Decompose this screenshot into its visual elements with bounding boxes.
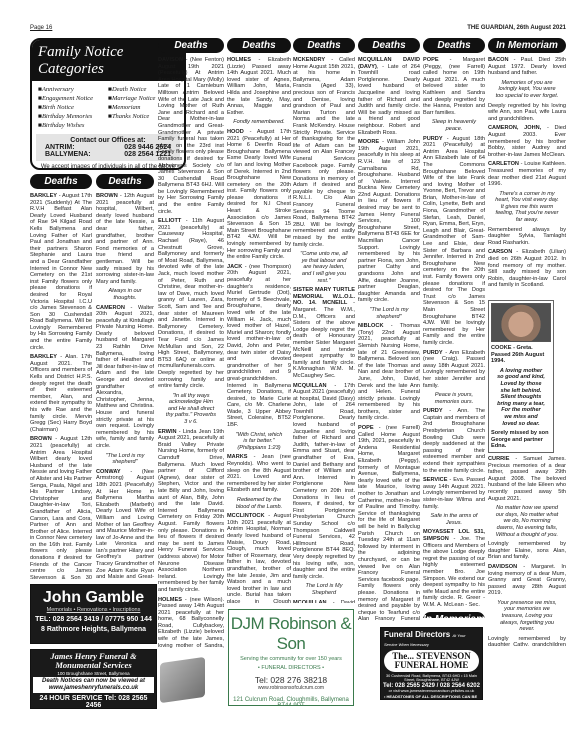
category-item: Engagement Notice <box>38 94 108 103</box>
notice: NIBLOCK - Thomas (Tony) 22nd August 2021… <box>358 323 420 422</box>
notice: MOYASSET LOL 531, SIMPSON - Joe. The Off… <box>423 529 485 608</box>
notice-verse: "The Lord is my shepherd" <box>102 453 148 466</box>
james-henry-advert: James Henry Funeral & Monumental Service… <box>30 649 157 709</box>
advert-address: 30 Cushendall Road, Ballymena, BT43 6HD … <box>381 674 482 682</box>
notice: ERWIN - Linda Jean 19th August 2021, pea… <box>158 429 224 594</box>
notice: BROWN - 12th August 2021 peacefully at h… <box>96 193 154 285</box>
stevenson-funeral-home-advert: Funeral Directors At Your Service When N… <box>380 627 483 700</box>
section-header-deaths: Deaths <box>358 38 420 53</box>
notice: MCQUILLAN DAVID (DAVY), - Late of 264 To… <box>358 57 420 136</box>
notice: Remembered always by daughter Sylvia, Ta… <box>488 227 566 247</box>
notice-verse: "With Christ, which is far better." (Phi… <box>233 432 285 452</box>
notice: CARSON - Elizabeth (Lilian) died on 26th… <box>488 249 566 289</box>
advert-phone: TEL: 028 2564 3419 / 07775 950 144 <box>31 616 156 623</box>
notice: CAMERON, JOHN, - Died August 2003. Ever … <box>488 125 566 158</box>
notice: PURDY - Ann Elizabeth (nee Craig). Passe… <box>423 350 485 390</box>
notice: BARKLEY - August 17th 2021 (Suddenly) At… <box>30 193 92 351</box>
notice: MCKENDRY - Called Home August 15th 2021,… <box>293 57 355 248</box>
notice: BACON - Paul. Died 25th August 1972. Dea… <box>488 57 566 77</box>
notice: POPE - Margaret (Peggy, (nee Farrell) ca… <box>423 57 485 116</box>
notice: MCQUILLAN - 17th August 2021 (peacefully… <box>293 383 355 581</box>
office-name: BALLYMENA: <box>45 151 91 158</box>
section-header-deaths: Deaths <box>293 38 355 53</box>
notice: HOLMES - (nee Wilson). Passed away 14th … <box>158 597 224 649</box>
notice: DAVIDSON - Margaret. In loving memory of… <box>488 564 566 597</box>
advert-headstones: • HEADSTONES OF ALL DESCRIPTIONS CAN BE … <box>381 694 482 700</box>
deaths-column-1: Deaths BARKLEY - August 17th 2021 (Sudde… <box>30 174 92 579</box>
notice: MCQUILLAN - David Passed away 17 August … <box>293 600 355 604</box>
notice-verse: Your presence we miss, your memories we … <box>494 600 560 633</box>
deaths-column-5: Deaths MCKENDRY - Called Home August 15t… <box>293 38 355 603</box>
deaths-column-holmes: Deaths HOLMES - Elizabeth (Lizzie) Passe… <box>227 38 291 603</box>
notice: Lovingly remembered by daughter Elaine, … <box>488 541 566 561</box>
notice: HOLMES - Elizabeth (Lizzie) Passed away … <box>227 57 291 116</box>
notice-verse: "In all thy ways acknowledge Him and He … <box>164 393 218 426</box>
section-header-in-memoriam: In Memoriam <box>488 38 566 53</box>
portrait-photo <box>491 303 551 342</box>
in-memoriam-column: In Memoriam BACON - Paul. Died 25th Augu… <box>488 38 566 300</box>
notice: CARLETON - Louise Kathleen. Treasured me… <box>488 161 566 187</box>
notice: BROWN - August 12th 2021 (peacefully) at… <box>30 436 92 579</box>
deaths-column-7: Deaths POPE - Margaret (Peggy, (nee Farr… <box>423 38 485 618</box>
advert-name: The... STEVENSON FUNERAL HOME <box>384 650 479 672</box>
section-header-deaths: Deaths <box>158 38 224 53</box>
advert-address: 8 Rathmore Heights, Ballymena <box>31 626 156 633</box>
advert-role: • FUNERAL DIRECTORS • <box>229 665 353 671</box>
notice-verse: "The Lord is my shepherd" <box>364 307 414 320</box>
advert-web-note: Death Notices can now be viewed at www.j… <box>33 677 154 693</box>
notice: Lovingly remembered by daughter Cathy, g… <box>488 636 566 646</box>
notice: SERVICE - Eva. Passed away 14th August 2… <box>423 477 485 510</box>
section-header-deaths: Deaths <box>96 174 154 189</box>
advert-name: John Gamble <box>31 585 156 607</box>
category-item: Birth Notice <box>38 103 108 112</box>
category-item: Birthday Memories <box>38 112 108 121</box>
advert-phone: Tel: 028 276 38218 <box>229 675 353 685</box>
masthead: THE GUARDIAN, 26th August 2021 <box>467 25 566 31</box>
office-row: BALLYMENA:028 2564 1221 <box>39 151 177 158</box>
office-name: ANTRIM: <box>45 144 75 151</box>
advert-address: 121 Culcrum Road, Cloughmills, Ballymena… <box>229 697 353 706</box>
category-item: Birthday Wishes <box>38 121 108 130</box>
notice: COOKE - Greta. Passed 26th August 1994. <box>491 345 551 365</box>
notice-verse: A loving mother so good and kind, Loved … <box>497 368 545 427</box>
notice-verse: Safe in the arms of Jesus. <box>429 513 479 526</box>
notice: BARKLEY - Alan. 17th August 2021. The Of… <box>30 354 92 433</box>
notice: MCCLINTOCK - August 10th 2021 peacefully… <box>227 513 291 603</box>
notice: CONWAY - (Nee Armstrong) August 18th 202… <box>96 469 154 579</box>
section-header-deaths: Deaths <box>227 38 291 53</box>
advert-banner: Funeral Directors At Your Service When N… <box>381 628 482 650</box>
notice-verse: "Come unto me, all ye that labour and ar… <box>299 251 349 284</box>
section-header-deaths: Deaths <box>30 174 92 189</box>
office-row: ANTRIM:028 9446 2624 <box>39 144 177 151</box>
notice: ELLIOTT - 11th August 2021 (peacefully) … <box>158 218 224 389</box>
advert-phone: 24 HOUR SERVICE Tel: 028 2565 2456 <box>31 695 156 709</box>
deaths-column-3: Deaths DAVISON - (Nee Fenton) August 19t… <box>158 38 224 648</box>
notice: DAVISON - (Nee Fenton) August 19th 2021 … <box>158 57 224 215</box>
notice: SISTER MARY TURTLE MEMORIAL W.L.O.L. NO.… <box>293 287 355 379</box>
notice: Deeply regretted by his loving wife Ann,… <box>488 103 566 123</box>
notice: CAMERON - Walter 20th August 2021, peace… <box>96 305 154 450</box>
notice: CURRIE - Samuel James. Precious memories… <box>488 456 566 502</box>
category-item: Anniversary <box>38 85 108 94</box>
advert-services: Memorials • Renovations • Inscriptions <box>31 607 156 613</box>
john-gamble-advert: John Gamble Memorials • Renovations • In… <box>30 584 157 644</box>
advert-name: James Henry Funeral & Monumental Service… <box>31 650 156 670</box>
notice-verse: There's a corner in my heart, You visit … <box>494 191 560 224</box>
notice-verse: Fondly remembered. <box>233 119 285 126</box>
notice: POPE - (nee Farrell) Called Home August … <box>358 425 420 623</box>
notice-verse: Sleep in heavenly peace. <box>429 119 479 132</box>
photo-notice: COOKE - Greta. Passed 26th August 1994. … <box>491 345 551 451</box>
notice-verse: Redeemed by the blood of the Lamb. <box>233 497 285 510</box>
notice-footer: Sorely missed by son George and partner … <box>491 430 551 450</box>
deaths-column-6: Deaths MCQUILLAN DAVID (DAVY), - Late of… <box>358 38 420 623</box>
notice: PURDY - August 18th 2021 (Peacefully) at… <box>423 136 485 347</box>
advert-website: or visit www.jamesstevensonandson.yellsi… <box>381 689 482 693</box>
advert-address: 100 Broughshane Street, Ballymena <box>31 671 156 676</box>
notice-verse: Memories of you are lovingly kept, You w… <box>494 80 560 100</box>
advert-tagline: Serving the community for over 150 years <box>229 656 353 662</box>
advert-website: www.robinsonsofculcrum.com <box>229 685 353 691</box>
section-header-deaths: Deaths <box>423 38 485 53</box>
notice: PURDY - Ann. The Captain and members of … <box>423 408 485 474</box>
in-memoriam-column-lower: CURRIE - Samuel James. Precious memories… <box>488 456 566 646</box>
notice: HOOD - August 17th 2021 (Peacefully) at … <box>227 129 291 261</box>
bible-icon <box>160 657 205 703</box>
deaths-column-2: Deaths BROWN - 12th August 2021 peaceful… <box>96 174 154 579</box>
notice: MOORE - William John 19th August 2021, p… <box>358 139 420 304</box>
section-header-in-memoriam: In Memoriam <box>423 612 485 619</box>
advert-name: DJM Robinson & Son <box>229 614 353 654</box>
notice: JACK - (nee Thompson) 20th August 2021, … <box>227 264 291 429</box>
page-number: Page 16 <box>30 25 52 31</box>
contact-heading: Contact our Offices at: <box>39 137 177 144</box>
notice: MARKS - Jean (nee Reynolds). Who went to… <box>227 454 291 494</box>
djm-robinson-advert: DJM Robinson & Son Serving the community… <box>228 609 354 706</box>
notice-verse: The Lord is My Shepherd <box>299 583 349 596</box>
notice-verse: No matter how we spend our days, No matt… <box>494 505 560 538</box>
notice-verse: Always in our thoughts. <box>102 288 148 301</box>
page-header: Page 16 THE GUARDIAN, 26th August 2021 <box>30 25 566 37</box>
notice-verse: Peace is yours, memories ours. <box>429 392 479 405</box>
